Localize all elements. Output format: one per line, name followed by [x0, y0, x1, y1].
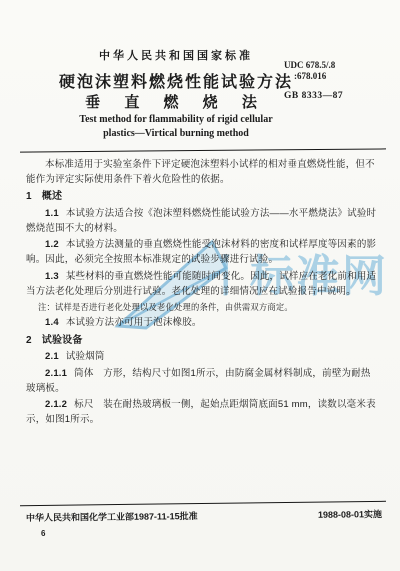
document-footer: 中华人民共和国化学工业部1987-11-15批准 1988-08-01实施 — [26, 507, 382, 524]
clause-1-3-number: 1.3 — [45, 271, 59, 282]
title-english: Test method for flammability of rigid ce… — [0, 113, 352, 140]
title-english-line1: Test method for flammability of rigid ce… — [0, 113, 352, 127]
section-2-number: 2 — [26, 335, 32, 346]
clause-2-1-2: 2.1.2标尺 装在耐热玻璃板一侧，起始点距烟筒底面51 mm，读数以毫米表示，… — [26, 398, 378, 427]
clause-2-1-1-text: 筒体 方形，结构尺寸如图1所示，由防腐金属材料制成，前壁为耐热玻璃板。 — [26, 368, 371, 394]
udc-block: UDC 678.5/.8 :678.016 GB 8333—87 — [284, 60, 384, 102]
clause-2-1-2-number: 2.1.2 — [45, 399, 67, 410]
title-english-line2: plastics—Virtical burning method — [0, 127, 352, 141]
scope-paragraph: 本标准适用于实验室条件下评定硬泡沫塑料小试样的相对垂直燃烧性能，但不能作为评定实… — [26, 158, 378, 187]
section-1-number: 1 — [26, 191, 32, 202]
clause-1-3: 1.3某些材料的垂直燃烧性能可能随时间变化。因此，试样应在老化前和用适当方法老化… — [26, 270, 378, 299]
clause-1-1-text: 本试验方法适合按《泡沫塑料燃烧性能试验方法——水平燃烧法》试验时燃烧范围不大的材… — [26, 208, 376, 234]
clause-1-2-text: 本试验方法测量的垂直燃烧性能受泡沫材料的密度和试样厚度等因素的影响。因此，必须完… — [26, 239, 376, 265]
clause-1-1: 1.1本试验方法适合按《泡沫塑料燃烧性能试验方法——水平燃烧法》试验时燃烧范围不… — [26, 207, 378, 236]
clause-2-1-text: 试验烟筒 — [66, 351, 105, 362]
standard-number: GB 8333—87 — [284, 91, 384, 103]
clause-2-1-1: 2.1.1筒体 方形，结构尺寸如图1所示，由防腐金属材料制成，前壁为耐热玻璃板。 — [26, 367, 378, 396]
clause-1-3-text: 某些材料的垂直燃烧性能可能随时间变化。因此，试样应在老化前和用适当方法老化处理后… — [26, 271, 376, 297]
section-1-title: 概述 — [42, 191, 62, 202]
udc-line2: :678.016 — [284, 71, 384, 82]
clause-1-4-text: 本试验方法亦可用于泡沫橡胶。 — [66, 317, 202, 328]
approval-text: 中华人民共和国化学工业部1987-11-15批准 — [26, 509, 198, 524]
clause-1-4-number: 1.4 — [45, 317, 59, 328]
document-page: 丨标准网 中华人民共和国国家标准 硬泡沫塑料燃烧性能试验方法 垂 直 燃 烧 法… — [0, 0, 400, 571]
section-1-heading: 1概述 — [26, 189, 378, 205]
clause-1-1-number: 1.1 — [45, 208, 59, 219]
clause-2-1-number: 2.1 — [45, 351, 59, 362]
udc-line1: UDC 678.5/.8 — [284, 60, 384, 71]
page-number: 6 — [41, 529, 45, 538]
clause-2-1-2-text: 标尺 装在耐热玻璃板一侧，起始点距烟筒底面51 mm，读数以毫米表示，如图1所示… — [26, 399, 376, 425]
clause-2-1: 2.1试验烟筒 — [26, 350, 378, 365]
clause-1-2: 1.2本试验方法测量的垂直燃烧性能受泡沫材料的密度和试样厚度等因素的影响。因此，… — [26, 238, 378, 267]
document-body: 本标准适用于实验室条件下评定硬泡沫塑料小试样的相对垂直燃烧性能，但不能作为评定实… — [26, 158, 378, 430]
footer-divider — [20, 501, 386, 506]
clause-2-1-1-number: 2.1.1 — [45, 368, 67, 379]
section-2-title: 试验设备 — [42, 335, 83, 346]
implementation-date: 1988-08-01实施 — [318, 507, 382, 521]
section-2-heading: 2试验设备 — [26, 333, 378, 349]
clause-1-3-note: 注：试样是否进行老化处理以及老化处理的条件，由供需双方商定。 — [26, 301, 378, 314]
header-divider — [20, 148, 386, 152]
clause-1-2-number: 1.2 — [45, 239, 59, 250]
clause-1-4: 1.4本试验方法亦可用于泡沫橡胶。 — [26, 316, 378, 331]
